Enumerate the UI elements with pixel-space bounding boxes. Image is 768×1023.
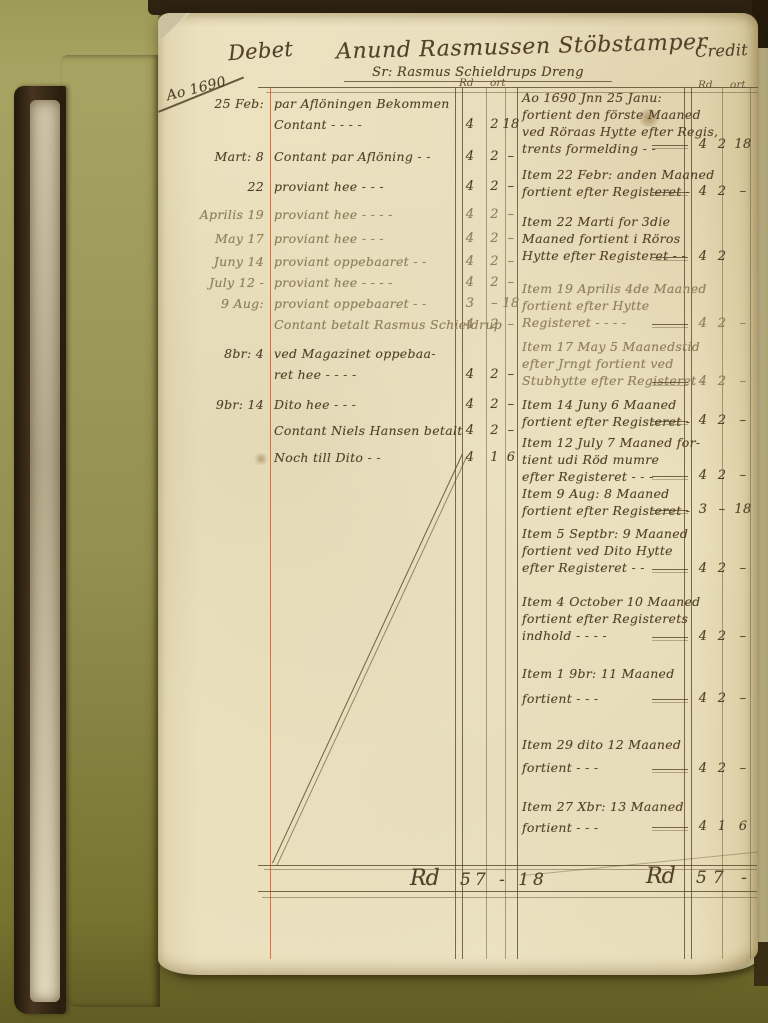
credit-amount-ort: 2: [714, 413, 730, 428]
debit-amount-rd: 4: [457, 275, 483, 290]
leader-dash: [652, 382, 688, 386]
debit-amount-rd: 4: [457, 423, 483, 438]
debit-entry: 8br: 4 ved Magazinet oppebaa- ret hee - …: [158, 346, 528, 390]
debit-amount-rd: 4: [457, 117, 483, 132]
credit-amount-row: 4 2 –: [650, 374, 758, 392]
credit-amount-row: 4 2 –: [650, 184, 758, 202]
debit-amount-ort: 2: [486, 423, 503, 438]
leader-dash: [652, 637, 688, 641]
credit-amount-s: –: [730, 761, 756, 776]
account-name: Anund Rasmussen Stöbstamper: [336, 31, 677, 65]
credit-total-value: 57 - 18: [696, 868, 758, 888]
book-cover-parchment: [30, 100, 60, 1002]
leader-dash: [652, 510, 688, 514]
debit-total-value: 57 - 18: [460, 870, 548, 890]
debit-total-currency: Rd: [410, 866, 439, 891]
credit-amount-ort: 2: [714, 629, 730, 644]
credit-amount-row: 4 2 18: [650, 137, 758, 155]
leader-dash: [652, 257, 688, 261]
debit-entry-date: 9br: 14: [158, 397, 264, 412]
credit-amount-row: 3 – 18: [650, 502, 758, 520]
leader-dash: [652, 827, 688, 831]
credit-entry-line: Item 9 Aug: 8 Maaned: [522, 485, 690, 502]
credit-entry-line: Item 1 9br: 11 Maaned: [522, 665, 690, 682]
debit-amount-ort: 2: [486, 207, 503, 222]
leader-dash: [652, 192, 688, 196]
credit-amount-row: 4 1 6: [650, 819, 758, 837]
debit-amount-ort: 2: [486, 317, 503, 332]
credit-amount-ort: 2: [714, 561, 730, 576]
debit-entry: Noch till Dito - - 4 1 6: [158, 450, 528, 494]
credit-entry-line: fortient den förste Maaned: [522, 106, 690, 123]
credit-entry-line: Maaned fortient i Röros: [522, 230, 690, 247]
account-subtitle: Sr: Rasmus Schieldrups Dreng: [344, 65, 612, 82]
debit-amount-rd: 4: [457, 254, 483, 269]
credit-amount-row: 4 2 –: [650, 468, 758, 486]
debit-amount-ort: 2: [486, 397, 503, 412]
credit-amount-s: 18: [730, 137, 756, 152]
credit-amount-rd: 4: [692, 561, 714, 576]
debit-entry-date: 8br: 4: [158, 346, 264, 361]
credit-amount-s: –: [730, 629, 756, 644]
credit-entry-line: Ao 1690 Jnn 25 Janu:: [522, 89, 690, 106]
leader-dash: [652, 569, 688, 573]
credit-amount-row: 4 2 –: [650, 691, 758, 709]
debit-amount-s: 6: [502, 450, 520, 465]
debit-amount-rd: 4: [457, 450, 483, 465]
credit-amount-ort: 2: [714, 374, 730, 389]
debit-entry-date: May 17: [158, 231, 264, 246]
credit-amount-rd: 3: [692, 502, 714, 517]
leader-dash: [652, 769, 688, 773]
header-rule-top: [258, 87, 758, 88]
debit-amount-s: –: [502, 397, 520, 412]
credit-amount-row: 4 2 –: [650, 413, 758, 431]
debit-amount-s: –: [502, 149, 520, 164]
debit-entry-desc: proviant hee - - -: [274, 231, 474, 246]
debit-amount-ort: 1: [486, 450, 503, 465]
debit-amount-s: 18: [502, 296, 520, 311]
credit-amount-ort: 2: [714, 761, 730, 776]
credit-amount-rd: 4: [692, 374, 714, 389]
debit-entry-desc: proviant hee - - -: [274, 179, 474, 194]
leader-dash: [652, 476, 688, 480]
debit-entry-desc: proviant oppebaaret - -: [274, 296, 474, 311]
credit-entry-line: Item 5 Septbr: 9 Maaned: [522, 525, 690, 542]
debit-amount-ort: 2: [486, 117, 503, 132]
debit-entry-desc: proviant hee - - - -: [274, 275, 474, 290]
debit-amount-s: –: [502, 317, 520, 332]
credit-entry-line: Item 17 May 5 Maanedstid: [522, 338, 690, 355]
credit-amount-rd: 4: [692, 819, 714, 834]
credit-entry-line: fortient efter Registerets: [522, 610, 690, 627]
credit-amount-s: –: [730, 374, 756, 389]
leader-dash: [652, 421, 688, 425]
debit-amount-ort: 2: [486, 254, 503, 269]
debit-entry-desc: proviant oppebaaret - -: [274, 254, 474, 269]
credit-amount-row: 4 2 –: [650, 316, 758, 334]
credit-amount-s: –: [730, 184, 756, 199]
credit-amount-ort: 2: [714, 249, 730, 264]
credit-amount-ort: 2: [714, 691, 730, 706]
credit-entry-line: Item 14 Juny 6 Maaned: [522, 396, 690, 413]
credit-amount-s: –: [730, 316, 756, 331]
debit-amount-rd: 4: [457, 397, 483, 412]
credit-amount-ort: –: [714, 502, 730, 517]
credit-amount-ort: 2: [714, 184, 730, 199]
credit-entry-line: fortient efter Hytte: [522, 297, 690, 314]
credit-amount-row: 4 2: [650, 249, 758, 267]
debit-amount-rd: 4: [457, 179, 483, 194]
debit-header-label: Debet: [227, 37, 294, 65]
credit-ort-column-header: ort: [730, 79, 746, 91]
debit-entry-date: 22: [158, 179, 264, 194]
debit-amount-ort: 2: [486, 179, 503, 194]
debit-amount-s: –: [502, 207, 520, 222]
credit-entry-line: Item 22 Marti for 3die: [522, 213, 690, 230]
credit-amount-s: 6: [730, 819, 756, 834]
debit-entry-date: Aprilis 19: [158, 207, 264, 222]
debit-entry-date: Juny 14: [158, 254, 264, 269]
credit-amount-s: –: [730, 691, 756, 706]
total-rule-bottom-1: [258, 891, 757, 892]
credit-header-label: Credit: [695, 40, 749, 61]
credit-currency-column-header: Rd: [698, 79, 713, 91]
credit-total: Rd 57 - 18: [646, 864, 758, 888]
leader-dash: [652, 699, 688, 703]
leader-dash: [652, 145, 688, 149]
debit-amount-ort: 2: [486, 367, 503, 382]
debit-entry-desc: par Aflöningen Bekommen: [274, 96, 474, 111]
page-fold-corner: [158, 13, 190, 43]
debit-amount-s: –: [502, 275, 520, 290]
credit-amount-rd: 4: [692, 691, 714, 706]
credit-amount-ort: 2: [714, 316, 730, 331]
debit-entry-desc: Contant Niels Hansen betalt: [274, 423, 474, 438]
debit-entry-date: July 12 -: [158, 275, 264, 290]
credit-amount-rd: 4: [692, 249, 714, 264]
debit-amount-s: 18: [502, 117, 520, 132]
credit-amount-ort: 2: [714, 137, 730, 152]
credit-entry-line: tient udi Röd mumre: [522, 451, 690, 468]
credit-entry-line: Item 4 October 10 Maaned: [522, 593, 690, 610]
debit-amount-s: –: [502, 179, 520, 194]
debit-amount-s: –: [502, 231, 520, 246]
ledger-page: Debet Anund Rasmussen Stöbstamper Sr: Ra…: [158, 13, 758, 975]
credit-amount-rd: 4: [692, 761, 714, 776]
debit-entry-desc: Contant par Aflöning - -: [274, 149, 474, 164]
debit-entry-desc: Contant betalt Rasmus Schieldrup: [274, 317, 474, 332]
debit-amount-s: –: [502, 254, 520, 269]
credit-amount-s: –: [730, 561, 756, 576]
debit-amount-rd: 4: [457, 231, 483, 246]
debit-amount-rd: 4: [457, 207, 483, 222]
credit-total-currency: Rd: [646, 864, 675, 889]
debit-amount-ort: 2: [486, 149, 503, 164]
credit-amount-s: –: [730, 468, 756, 483]
debit-total: Rd 57 - 18: [410, 866, 548, 890]
credit-amount-s: 18: [730, 502, 756, 517]
debit-amount-ort: 2: [486, 275, 503, 290]
credit-amount-rd: 4: [692, 316, 714, 331]
debit-amount-ort: –: [486, 296, 503, 311]
debit-entry-desc: Dito hee - - -: [274, 397, 474, 412]
debit-entry-date: 9 Aug:: [158, 296, 264, 311]
credit-entry-line: Item 12 July 7 Maaned for-: [522, 434, 690, 451]
credit-entry-line: Item 29 dito 12 Maaned: [522, 736, 690, 753]
debit-entry-desc2: Contant - - - -: [274, 117, 474, 132]
debit-void-diagonal-line: [272, 454, 467, 866]
credit-amount-rd: 4: [692, 137, 714, 152]
credit-entry-line: fortient ved Dito Hytte: [522, 542, 690, 559]
credit-amount-rd: 4: [692, 184, 714, 199]
credit-entry-line: Item 27 Xbr: 13 Maaned: [522, 798, 690, 815]
credit-entry-line: Item 19 Aprilis 4de Maaned: [522, 280, 690, 297]
debit-entry-date: Mart: 8: [158, 149, 264, 164]
leader-dash: [652, 324, 688, 328]
total-rule-bottom-2: [262, 897, 757, 898]
debit-amount-rd: 4: [457, 367, 483, 382]
page-edges-stack: [60, 55, 160, 1007]
debit-entry-desc2: ret hee - - - -: [274, 367, 474, 382]
debit-amount-s: –: [502, 423, 520, 438]
credit-amount-rd: 4: [692, 629, 714, 644]
debit-entry-desc: Noch till Dito - -: [274, 450, 474, 465]
debit-entry-date: 25 Feb:: [158, 96, 264, 111]
credit-amount-ort: 1: [714, 819, 730, 834]
credit-amount-row: 4 2 –: [650, 561, 758, 579]
debit-amount-s: –: [502, 367, 520, 382]
debit-amount-ort: 2: [486, 231, 503, 246]
debit-entry-desc: proviant hee - - - -: [274, 207, 474, 222]
credit-entry-line: Item 22 Febr: anden Maaned: [522, 166, 690, 183]
credit-entry-line: efter Jrngt fortient ved: [522, 355, 690, 372]
credit-amount-rd: 4: [692, 413, 714, 428]
credit-amount-ort: 2: [714, 468, 730, 483]
debit-amount-rd: 3: [457, 296, 483, 311]
debit-amount-rd: 4: [457, 149, 483, 164]
credit-amount-row: 4 2 –: [650, 761, 758, 779]
debit-amount-rd: 4: [457, 317, 483, 332]
credit-amount-s: –: [730, 413, 756, 428]
debit-entry-desc: ved Magazinet oppebaa-: [274, 346, 474, 361]
debit-entry: 25 Feb: par Aflöningen Bekommen Contant …: [158, 96, 528, 140]
credit-amount-rd: 4: [692, 468, 714, 483]
credit-amount-row: 4 2 –: [650, 629, 758, 647]
